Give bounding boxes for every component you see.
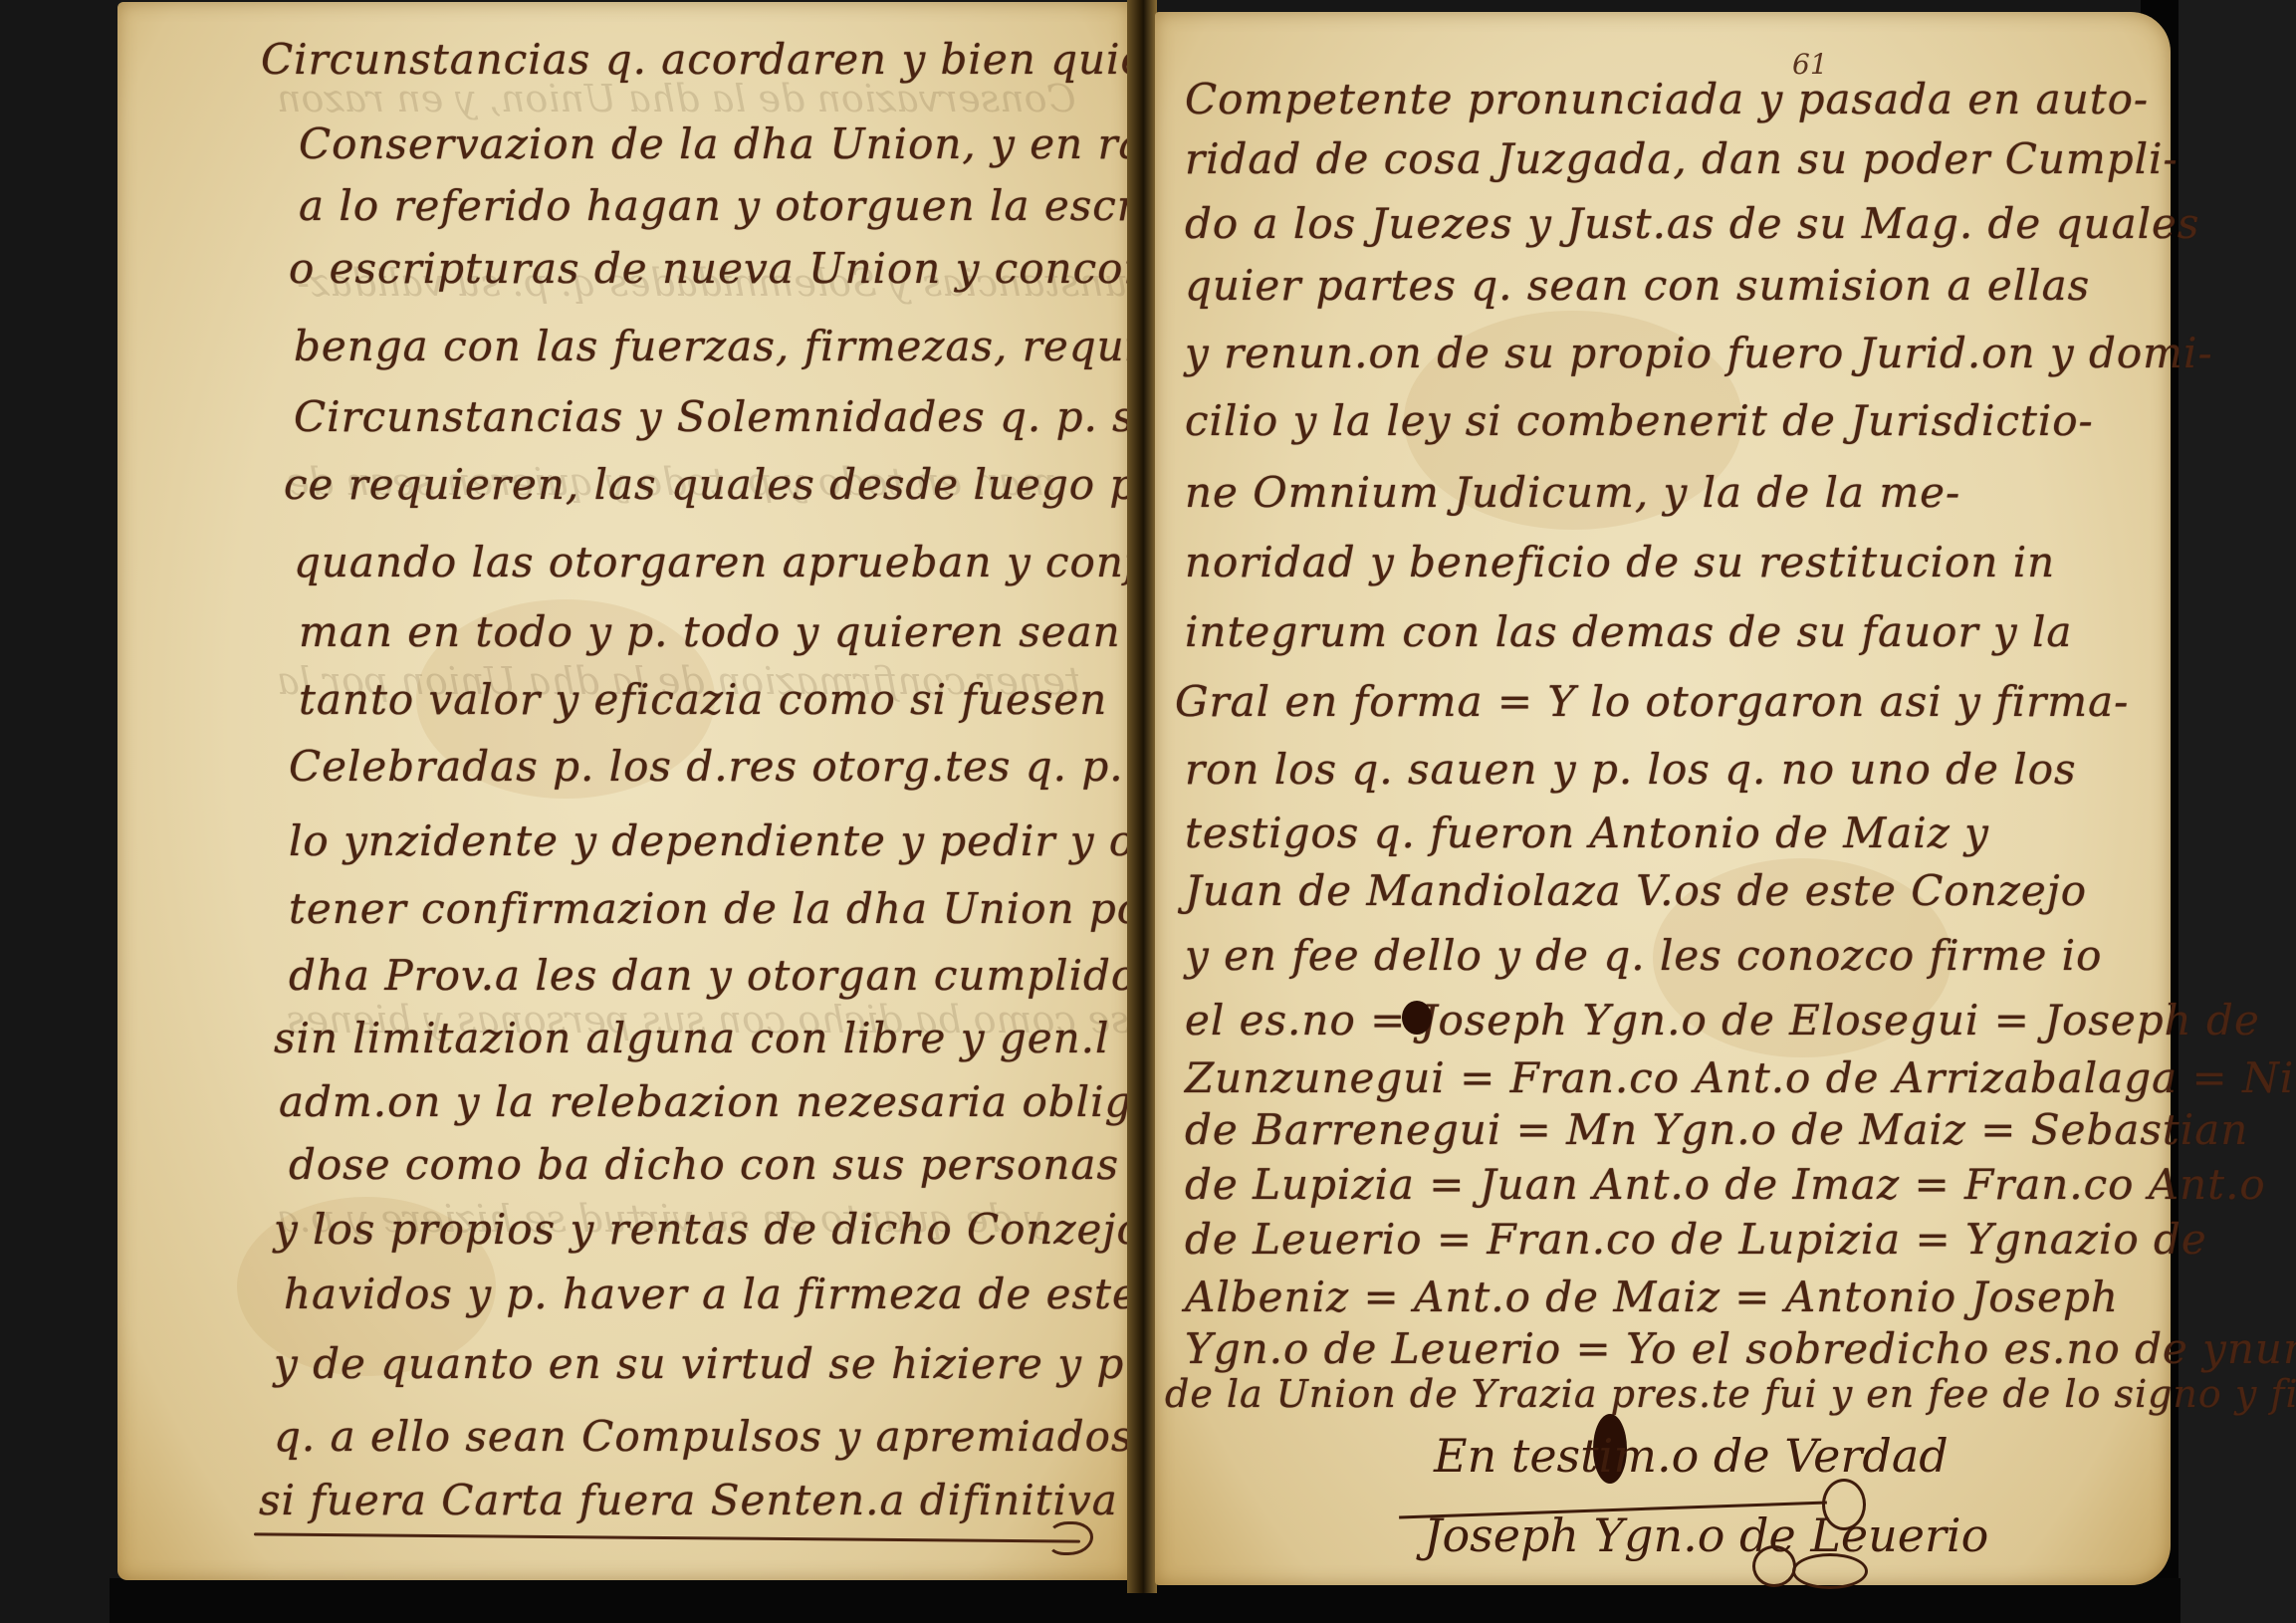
- manuscript-line: Zunzunegui = Fran.co Ant.o de Arrizabala…: [1185, 1053, 2296, 1102]
- manuscript-line: Conservazion de la dha Union, y en razon: [299, 119, 1222, 168]
- manuscript-line: de Barrenegui = Mn Ygn.o de Maiz = Sebas…: [1185, 1105, 2248, 1154]
- signature-rubric: [1792, 1553, 1868, 1589]
- manuscript-line: ce requieren, las quales desde luego par…: [284, 460, 1210, 509]
- manuscript-line: noridad y beneficio de su restitucion in: [1185, 538, 2055, 586]
- manuscript-line: Competente pronunciada y pasada en auto-: [1185, 75, 2149, 123]
- manuscript-line: de Leuerio = Fran.co de Lupizia = Ygnazi…: [1185, 1215, 2207, 1264]
- signature-line-1: En testim.o de Verdad: [1434, 1429, 1949, 1483]
- signature-flourish: [1752, 1545, 1796, 1587]
- manuscript-line: integrum con las demas de su fauor y la: [1185, 607, 2072, 656]
- manuscript-line: Juan de Mandiolaza V.os de este Conzejo: [1185, 866, 2087, 915]
- manuscript-line: benga con las fuerzas, firmezas, requisi…: [294, 322, 1243, 370]
- manuscript-line: y de quanto en su virtud se hiziere y p.…: [274, 1339, 1165, 1388]
- manuscript-line: tener confirmazion de la dha Union por l…: [289, 884, 1219, 933]
- manuscript-line: Ygn.o de Leuerio = Yo el sobredicho es.n…: [1185, 1324, 2296, 1373]
- manuscript-line: quando las otorgaren aprueban y confir-: [294, 538, 1191, 586]
- manuscript-line: y los propios y rentas de dicho Conzejo: [274, 1205, 1143, 1254]
- manuscript-line: sin limitazion alguna con libre y gen.l: [274, 1014, 1109, 1062]
- signature-line-2: Joseph Ygn.o de Leuerio: [1424, 1508, 1988, 1562]
- manuscript-line: cilio y la ley si combenerit de Jurisdic…: [1185, 396, 2094, 445]
- manuscript-line: de la Union de Yrazia pres.te fui y en f…: [1165, 1372, 2296, 1416]
- manuscript-line: testigos q. fueron Antonio de Maiz y: [1185, 809, 1989, 857]
- manuscript-line: adm.on y la relebazion nezesaria obligan…: [279, 1077, 1202, 1126]
- ink-blot: [1402, 1001, 1432, 1035]
- manuscript-line: y en fee dello y de q. les conozco firme…: [1185, 931, 2102, 980]
- manuscript-line: lo ynzidente y dependiente y pedir y ob-: [289, 816, 1178, 865]
- manuscript-line: ne Omnium Judicum, y la de la me-: [1185, 468, 1960, 517]
- manuscript-line: tanto valor y eficazia como si fuesen: [299, 675, 1107, 724]
- manuscript-line: y renun.on de su propio fuero Jurid.on y…: [1185, 329, 2213, 377]
- book-gutter: [1127, 0, 1157, 1593]
- manuscript-line: ridad de cosa Juzgada, dan su poder Cump…: [1185, 134, 2179, 183]
- manuscript-line: q. a ello sean Compulsos y apremiados co…: [274, 1412, 1265, 1461]
- manuscript-line: Gral en forma = Y lo otorgaron asi y fir…: [1175, 677, 2129, 726]
- manuscript-line: el es.no = Joseph Ygn.o de Elosegui = Jo…: [1185, 996, 2260, 1044]
- manuscript-line: Albeniz = Ant.o de Maiz = Antonio Joseph: [1185, 1273, 2119, 1321]
- manuscript-line: quier partes q. sean con sumision a ella…: [1185, 261, 2090, 310]
- manuscript-line: de Lupizia = Juan Ant.o de Imaz = Fran.c…: [1185, 1160, 2266, 1209]
- signature-flourish: [1822, 1479, 1866, 1530]
- manuscript-line: ron los q. sauen y p. los q. no uno de l…: [1185, 745, 2077, 794]
- manuscript-line: do a los Juezes y Just.as de su Mag. de …: [1185, 199, 2199, 248]
- manuscript-line: man en todo y p. todo y quieren sean de: [299, 607, 1189, 656]
